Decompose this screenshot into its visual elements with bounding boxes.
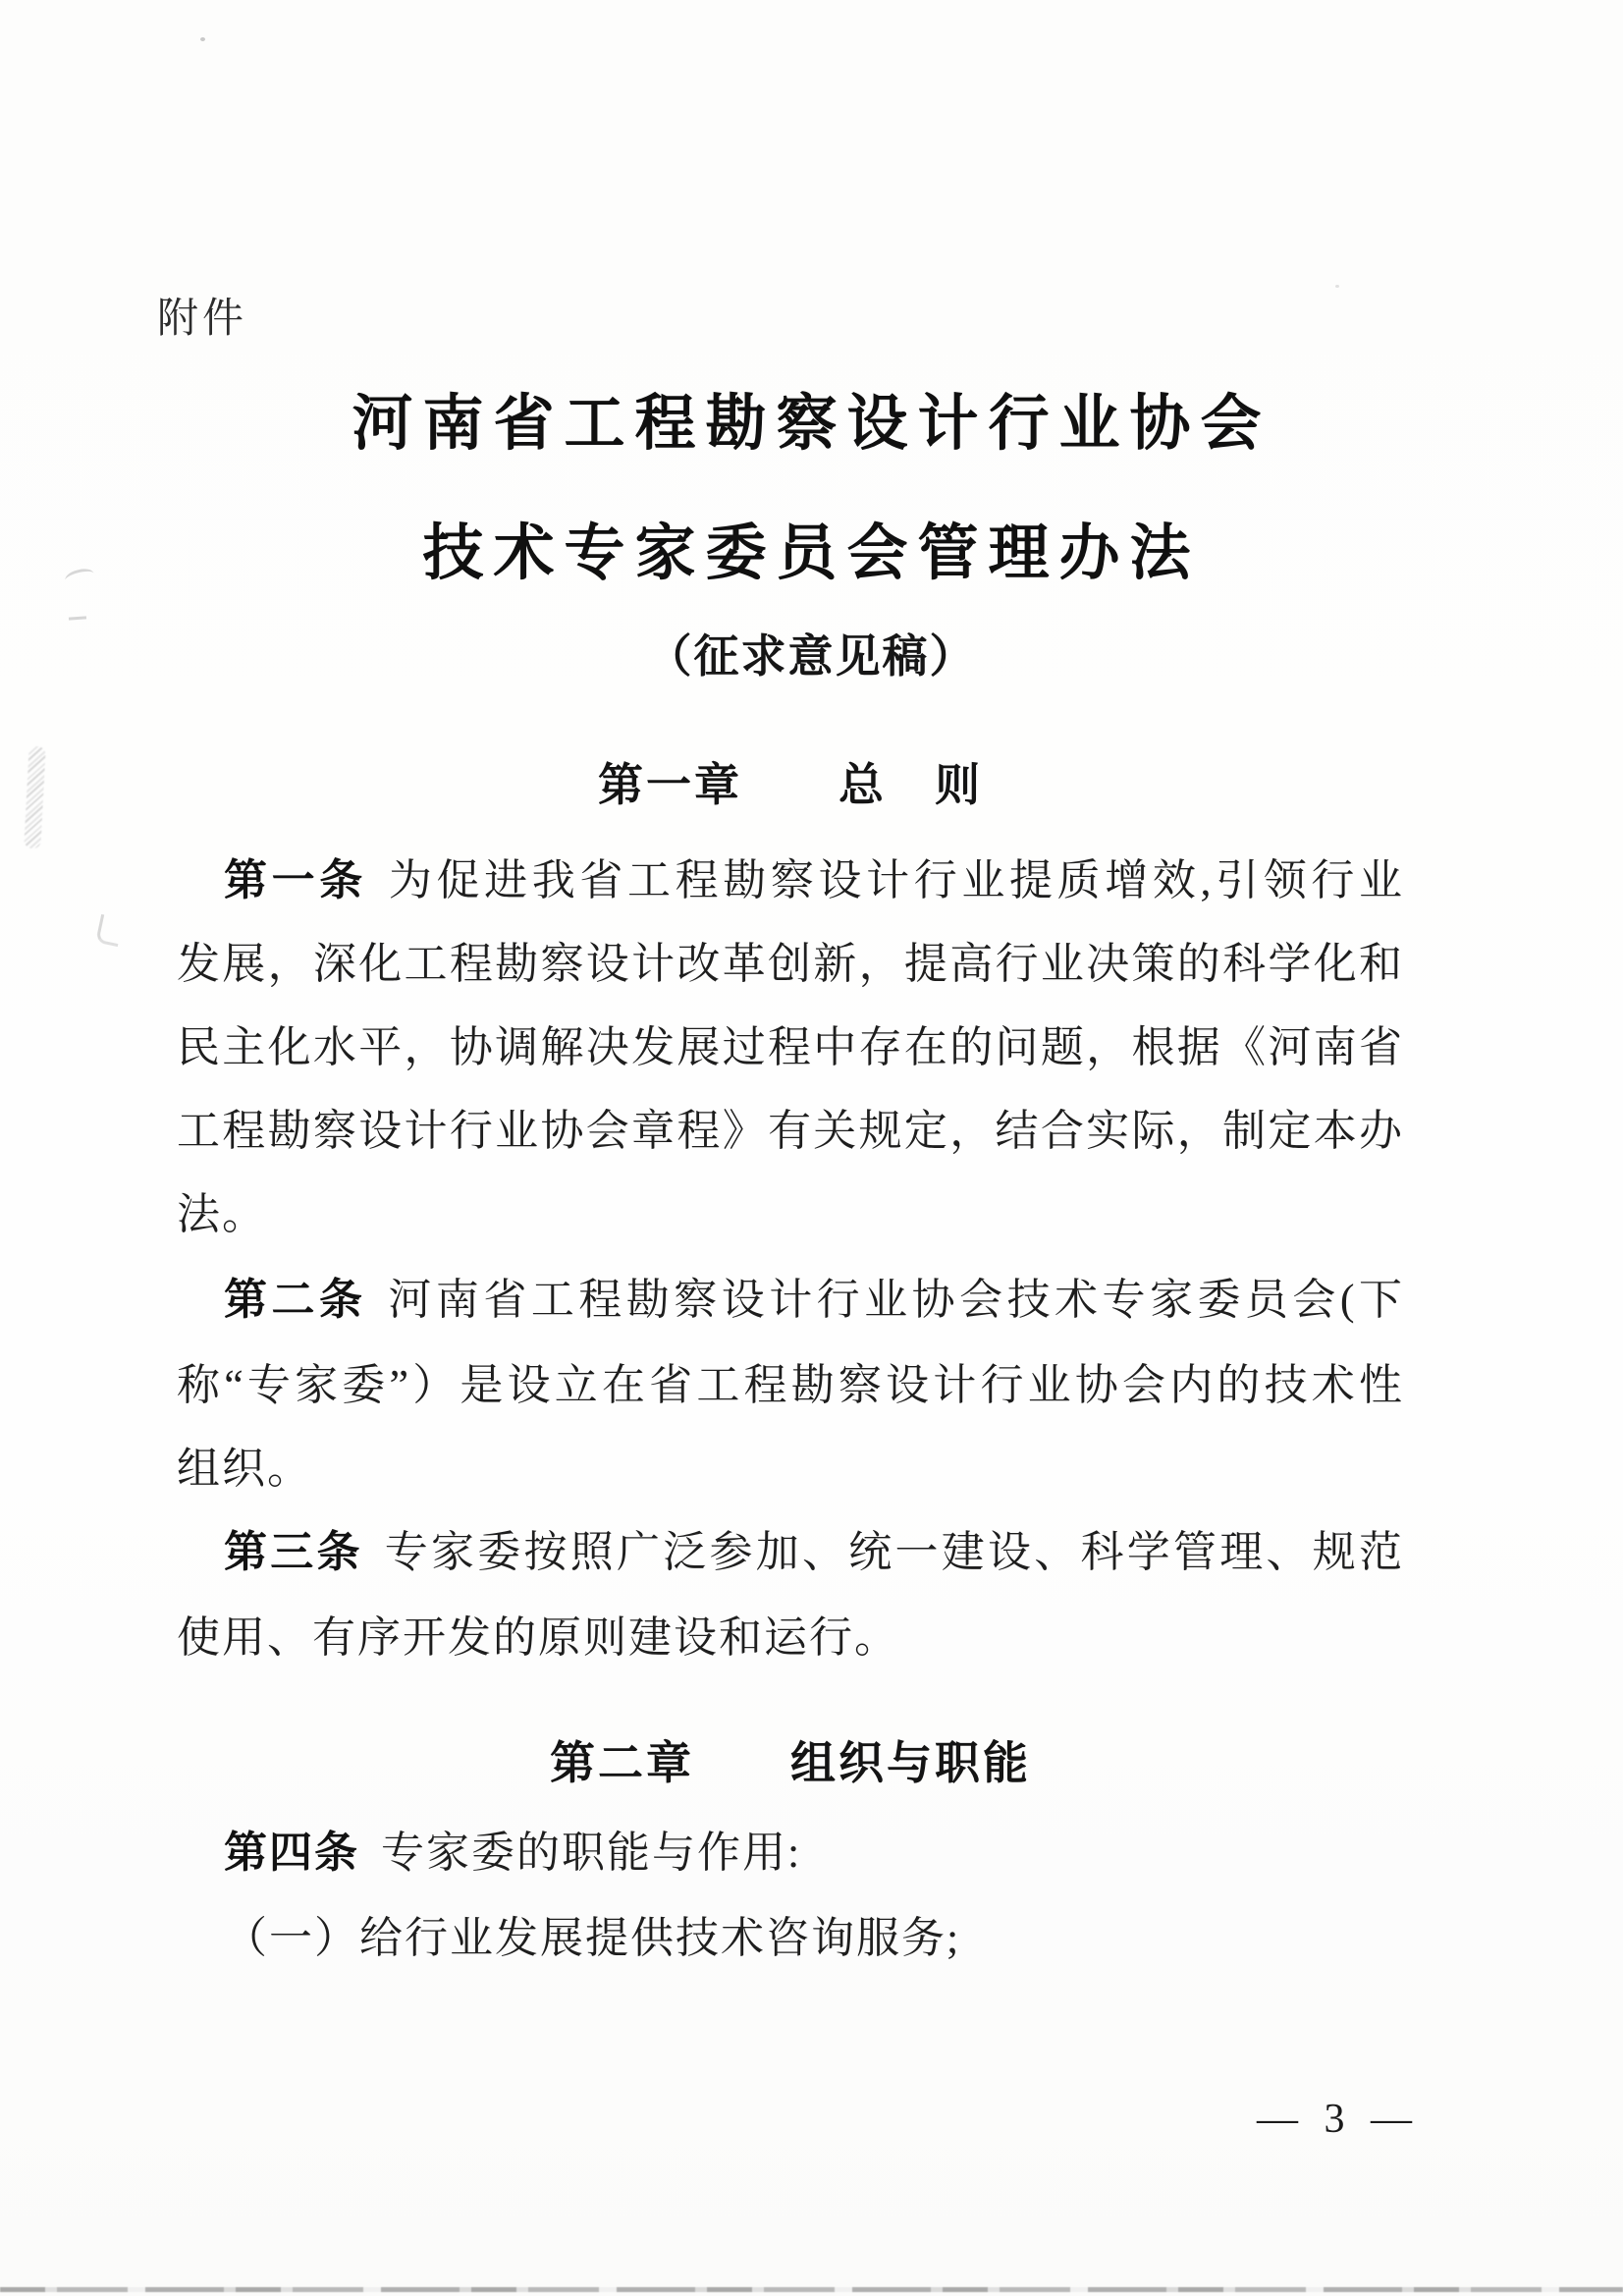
- body-line: 法。: [177, 1186, 1404, 1243]
- scan-speck: [1335, 285, 1339, 288]
- body-text: 河南省工程勘察设计行业协会技术专家委员会(下: [388, 1276, 1404, 1324]
- article-number: 第一条: [224, 856, 367, 904]
- body-line: 使用、有序开发的原则建设和运行。: [177, 1610, 1404, 1667]
- document-subtitle: （征求意见稿）: [0, 630, 1623, 682]
- body-line: 第三条专家委按照广泛参加、统一建设、科学管理、规范: [177, 1524, 1404, 1581]
- body-line: （一）给行业发展提供技术咨询服务;: [177, 1910, 1404, 1967]
- article-number: 第二条: [224, 1276, 366, 1324]
- scan-speck: [200, 37, 205, 41]
- chapter-heading-2: 第二章 组织与职能: [177, 1736, 1404, 1789]
- body-text: 专家委按照广泛参加、统一建设、科学管理、规范: [385, 1528, 1404, 1576]
- scan-artifact: [69, 616, 86, 620]
- document-title-line1: 河南省工程勘察设计行业协会: [0, 391, 1623, 458]
- scan-artifact: [95, 914, 124, 947]
- body-line: 发展，深化工程勘察设计改革创新，提高行业决策的科学化和: [177, 936, 1404, 993]
- chapter-heading-1: 第一章 总 则: [177, 758, 1404, 811]
- body-line: 民主化水平，协调解决发展过程中存在的问题，根据《河南省: [177, 1019, 1404, 1076]
- body-line: 第一条为促进我省工程勘察设计行业提质增效,引领行业: [177, 852, 1404, 909]
- scan-page-edge: [0, 2287, 1623, 2292]
- body-line: 组织。: [177, 1441, 1404, 1498]
- page-number: — 3 —: [1257, 2096, 1420, 2143]
- document-page: 附件 河南省工程勘察设计行业协会 技术专家委员会管理办法 （征求意见稿） 第一章…: [0, 0, 1623, 2296]
- document-title-line2: 技术专家委员会管理办法: [0, 520, 1623, 587]
- article-number: 第四条: [224, 1829, 359, 1877]
- body-line: 工程勘察设计行业协会章程》有关规定，结合实际，制定本办: [177, 1103, 1404, 1160]
- body-line: 第二条河南省工程勘察设计行业协会技术专家委员会(下: [177, 1272, 1404, 1329]
- body-line: 第四条专家委的职能与作用:: [177, 1825, 1404, 1882]
- article-number: 第三条: [224, 1528, 363, 1576]
- body-text: 为促进我省工程勘察设计行业提质增效,引领行业: [389, 856, 1404, 904]
- scan-smudge: [24, 746, 45, 849]
- body-line: 称“专家委”）是设立在省工程勘察设计行业协会内的技术性: [177, 1357, 1404, 1414]
- body-text: 专家委的职能与作用:: [381, 1829, 801, 1877]
- attachment-label: 附件: [157, 295, 247, 344]
